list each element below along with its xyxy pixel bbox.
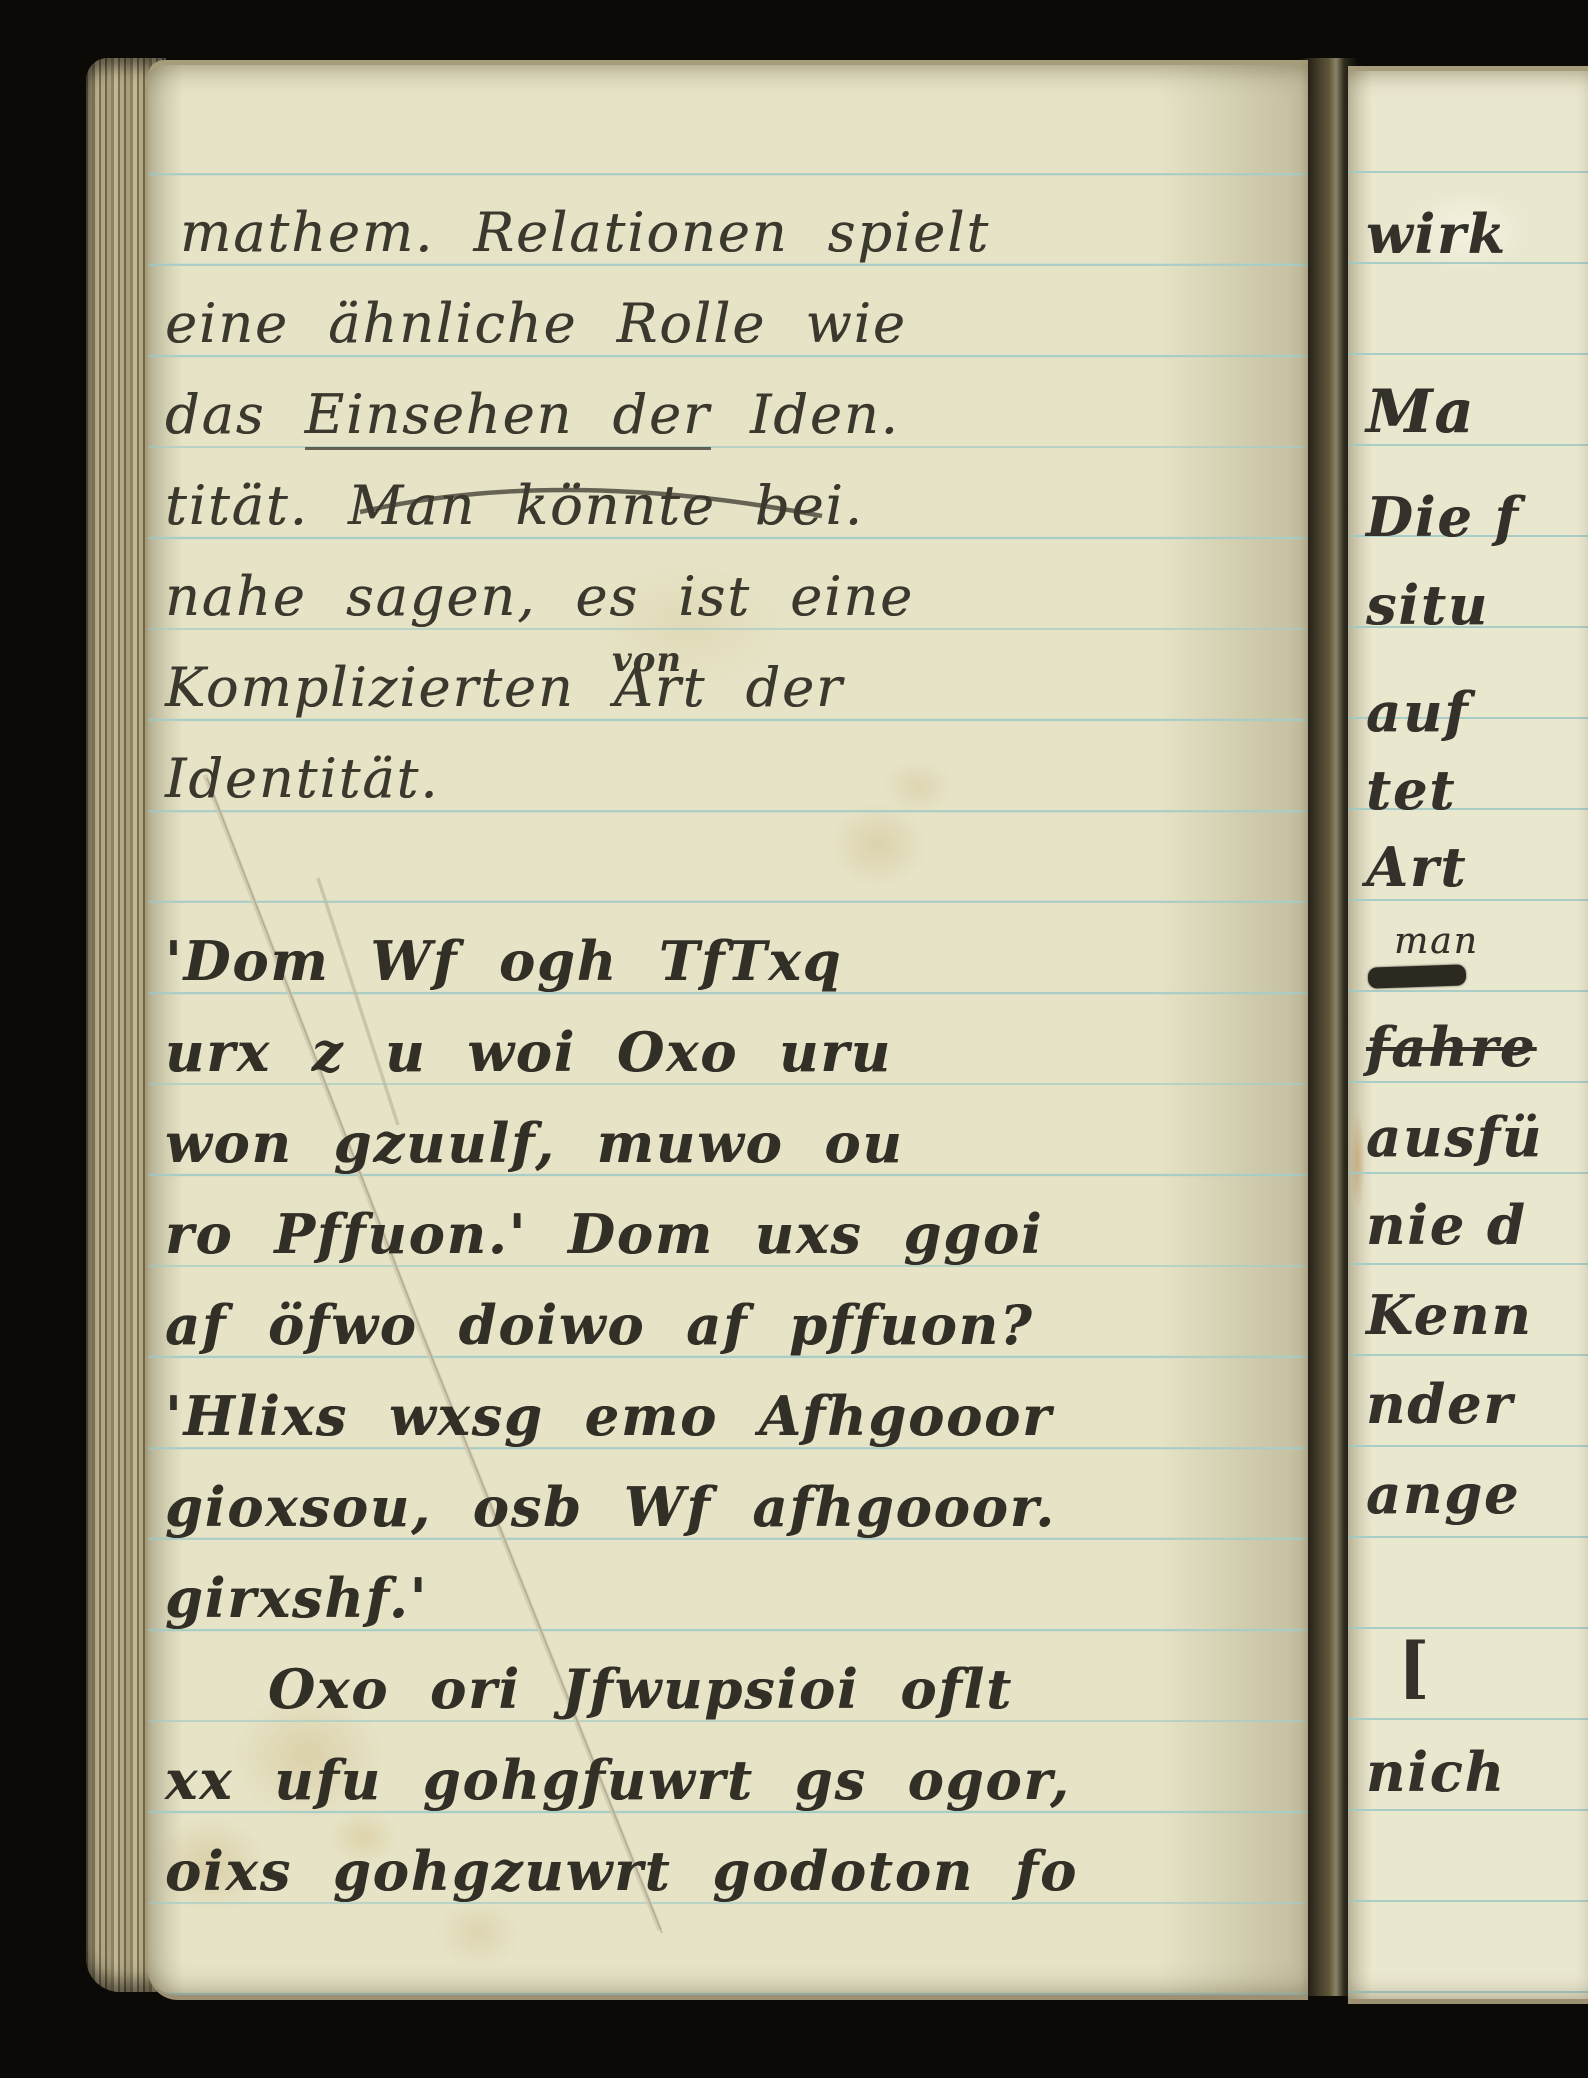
manuscript-line-coded: oixs gohgzuwrt godoton fo bbox=[165, 1831, 1078, 1915]
manuscript-line-fragment: Die f bbox=[1366, 477, 1520, 561]
manuscript-line: Identität. bbox=[165, 739, 439, 823]
manuscript-line-coded: 'Dom Wf ogh TfTxq bbox=[165, 921, 842, 1005]
manuscript-line-coded: Oxo ori Jfwupsioi oflt bbox=[268, 1649, 1013, 1733]
manuscript-line-fragment: Ma bbox=[1366, 372, 1475, 456]
crossed-out-word bbox=[1368, 964, 1467, 988]
manuscript-line-coded: urx z u woi Oxo uru bbox=[165, 1012, 892, 1096]
manuscript-line-fragment: ange bbox=[1366, 1454, 1520, 1538]
manuscript-line-fragment: situ bbox=[1366, 565, 1489, 649]
manuscript-line-fragment: [ bbox=[1398, 1627, 1431, 1711]
manuscript-line-fragment: wirk bbox=[1366, 194, 1507, 278]
manuscript-line: nahe sagen, es ist eine bbox=[165, 557, 914, 641]
manuscript-line: Komplizierten Art der bbox=[165, 648, 844, 732]
manuscript-line-fragment: nder bbox=[1366, 1364, 1514, 1448]
manuscript-line-coded: won gzuulf, muwo ou bbox=[165, 1103, 904, 1187]
manuscript-line: tität. Man könnte bei. bbox=[165, 466, 864, 550]
line-text: Iden. bbox=[711, 383, 900, 446]
manuscript-line-fragment: nie d bbox=[1366, 1185, 1527, 1269]
manuscript-line: mathem. Relationen spielt bbox=[180, 193, 990, 277]
notebook-photo: mathem. Relationen spielt eine ähnliche … bbox=[0, 0, 1588, 2078]
manuscript-line-fragment: fahre bbox=[1366, 1007, 1536, 1091]
manuscript-line-coded: af öfwo doiwo af pffuon? bbox=[165, 1285, 1034, 1369]
manuscript-line-fragment: Art bbox=[1366, 827, 1467, 911]
manuscript-line: eine ähnliche Rolle wie bbox=[165, 284, 907, 368]
manuscript-line-fragment: ausfü bbox=[1366, 1097, 1543, 1181]
manuscript-line-coded: 'Hlixs wxsg emo Afhgooor bbox=[165, 1376, 1053, 1460]
manuscript-line-coded: xx ufu gohgfuwrt gs ogor, bbox=[165, 1740, 1071, 1824]
manuscript-line-coded: ro Pffuon.' Dom uxs ggoi bbox=[165, 1194, 1044, 1278]
underlined-phrase: Einsehen der bbox=[305, 383, 711, 450]
manuscript-line-coded: gioxsou, osb Wf afhgooor. bbox=[165, 1467, 1056, 1551]
manuscript-line: das Einsehen der Iden. bbox=[165, 375, 900, 459]
manuscript-line-coded: girxshf.' bbox=[165, 1558, 428, 1642]
manuscript-line-fragment: Kenn bbox=[1366, 1275, 1533, 1359]
manuscript-line-fragment: man bbox=[1394, 922, 1479, 1006]
manuscript-line-fragment: tet bbox=[1366, 750, 1456, 834]
line-text: das bbox=[165, 383, 305, 446]
insertion-von: von bbox=[612, 640, 682, 680]
manuscript-line-fragment: auf bbox=[1366, 672, 1469, 756]
manuscript-line-fragment: nich bbox=[1366, 1732, 1506, 1816]
